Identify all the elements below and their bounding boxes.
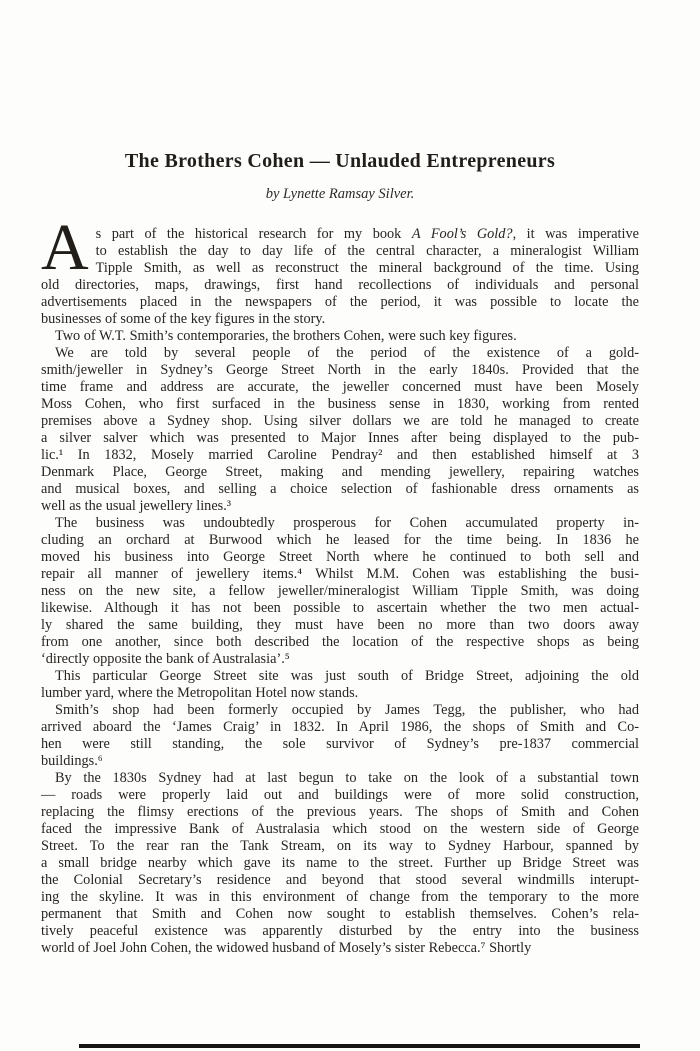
paragraph: By the 1830s Sydney had at last begun to… — [41, 770, 639, 957]
document-page: The Brothers Cohen — Unlauded Entreprene… — [0, 0, 700, 1051]
text-line: well as the usual jewellery lines.³ — [41, 498, 639, 515]
text-line: from one another, since both described t… — [41, 634, 639, 651]
text-line: world of Joel John Cohen, the widowed hu… — [41, 940, 639, 957]
article-body: As part of the historical research for m… — [41, 226, 639, 957]
text-line: Tipple Smith, as well as reconstruct the… — [41, 260, 639, 277]
text-line: By the 1830s Sydney had at last begun to… — [41, 770, 639, 787]
text-line: hen were still standing, the sole surviv… — [41, 736, 639, 753]
text-line: — roads were properly laid out and build… — [41, 787, 639, 804]
paragraph: Smith’s shop had been formerly occupied … — [41, 702, 639, 770]
text-line: buildings.⁶ — [41, 753, 639, 770]
text-line: smith/jeweller in Sydney’s George Street… — [41, 362, 639, 379]
text-line: ly shared the same building, they must h… — [41, 617, 639, 634]
text-line: Moss Cohen, who first surfaced in the bu… — [41, 396, 639, 413]
page-title: The Brothers Cohen — Unlauded Entreprene… — [41, 150, 639, 173]
paragraph: This particular George Street site was j… — [41, 668, 639, 702]
paragraph: Two of W.T. Smith’s contemporaries, the … — [41, 328, 639, 345]
text-line: businesses of some of the key figures in… — [41, 311, 639, 328]
text-line: tively peaceful existence was apparently… — [41, 923, 639, 940]
text-line: ‘directly opposite the bank of Australas… — [41, 651, 639, 668]
paragraph: We are told by several people of the per… — [41, 345, 639, 515]
text-line: permanent that Smith and Cohen now sough… — [41, 906, 639, 923]
text-line: arrived aboard the ‘James Craig’ in 1832… — [41, 719, 639, 736]
text-line: old directories, maps, drawings, first h… — [41, 277, 639, 294]
text-line: a small bridge nearby which gave its nam… — [41, 855, 639, 872]
paragraph: The business was undoubtedly prosperous … — [41, 515, 639, 668]
paragraph: As part of the historical research for m… — [41, 226, 639, 328]
text-line: We are told by several people of the per… — [41, 345, 639, 362]
text-line: time frame and address are accurate, the… — [41, 379, 639, 396]
text-line: repair all manner of jewellery items.⁴ W… — [41, 566, 639, 583]
article-byline: by Lynette Ramsay Silver. — [41, 186, 639, 203]
text-line: and musical boxes, and selling a choice … — [41, 481, 639, 498]
text-line: lic.¹ In 1832, Mosely married Caroline P… — [41, 447, 639, 464]
drop-cap: A — [41, 223, 89, 271]
text-line: advertisements placed in the newspapers … — [41, 294, 639, 311]
text-line: s part of the historical research for my… — [41, 226, 639, 243]
text-line: Denmark Place, George Street, making and… — [41, 464, 639, 481]
text-line: Two of W.T. Smith’s contemporaries, the … — [41, 328, 639, 345]
text-line: a silver salver which was presented to M… — [41, 430, 639, 447]
text-line: moved his business into George Street No… — [41, 549, 639, 566]
article: The Brothers Cohen — Unlauded Entreprene… — [41, 150, 639, 957]
text-line: ing the skyline. It was in this environm… — [41, 889, 639, 906]
text-line: ness on the new site, a fellow jeweller/… — [41, 583, 639, 600]
scan-artifact-bar — [79, 1044, 640, 1048]
text-line: This particular George Street site was j… — [41, 668, 639, 685]
text-line: Smith’s shop had been formerly occupied … — [41, 702, 639, 719]
text-line: the Colonial Secretary’s residence and b… — [41, 872, 639, 889]
text-line: replacing the flimsy erections of the pr… — [41, 804, 639, 821]
text-line: cluding an orchard at Burwood which he l… — [41, 532, 639, 549]
text-line: Street. To the rear ran the Tank Stream,… — [41, 838, 639, 855]
text-line: lumber yard, where the Metropolitan Hote… — [41, 685, 639, 702]
text-line: to establish the day to day life of the … — [41, 243, 639, 260]
text-line: likewise. Although it has not been possi… — [41, 600, 639, 617]
text-line: faced the impressive Bank of Australasia… — [41, 821, 639, 838]
text-line: The business was undoubtedly prosperous … — [41, 515, 639, 532]
text-line: premises above a Sydney shop. Using silv… — [41, 413, 639, 430]
